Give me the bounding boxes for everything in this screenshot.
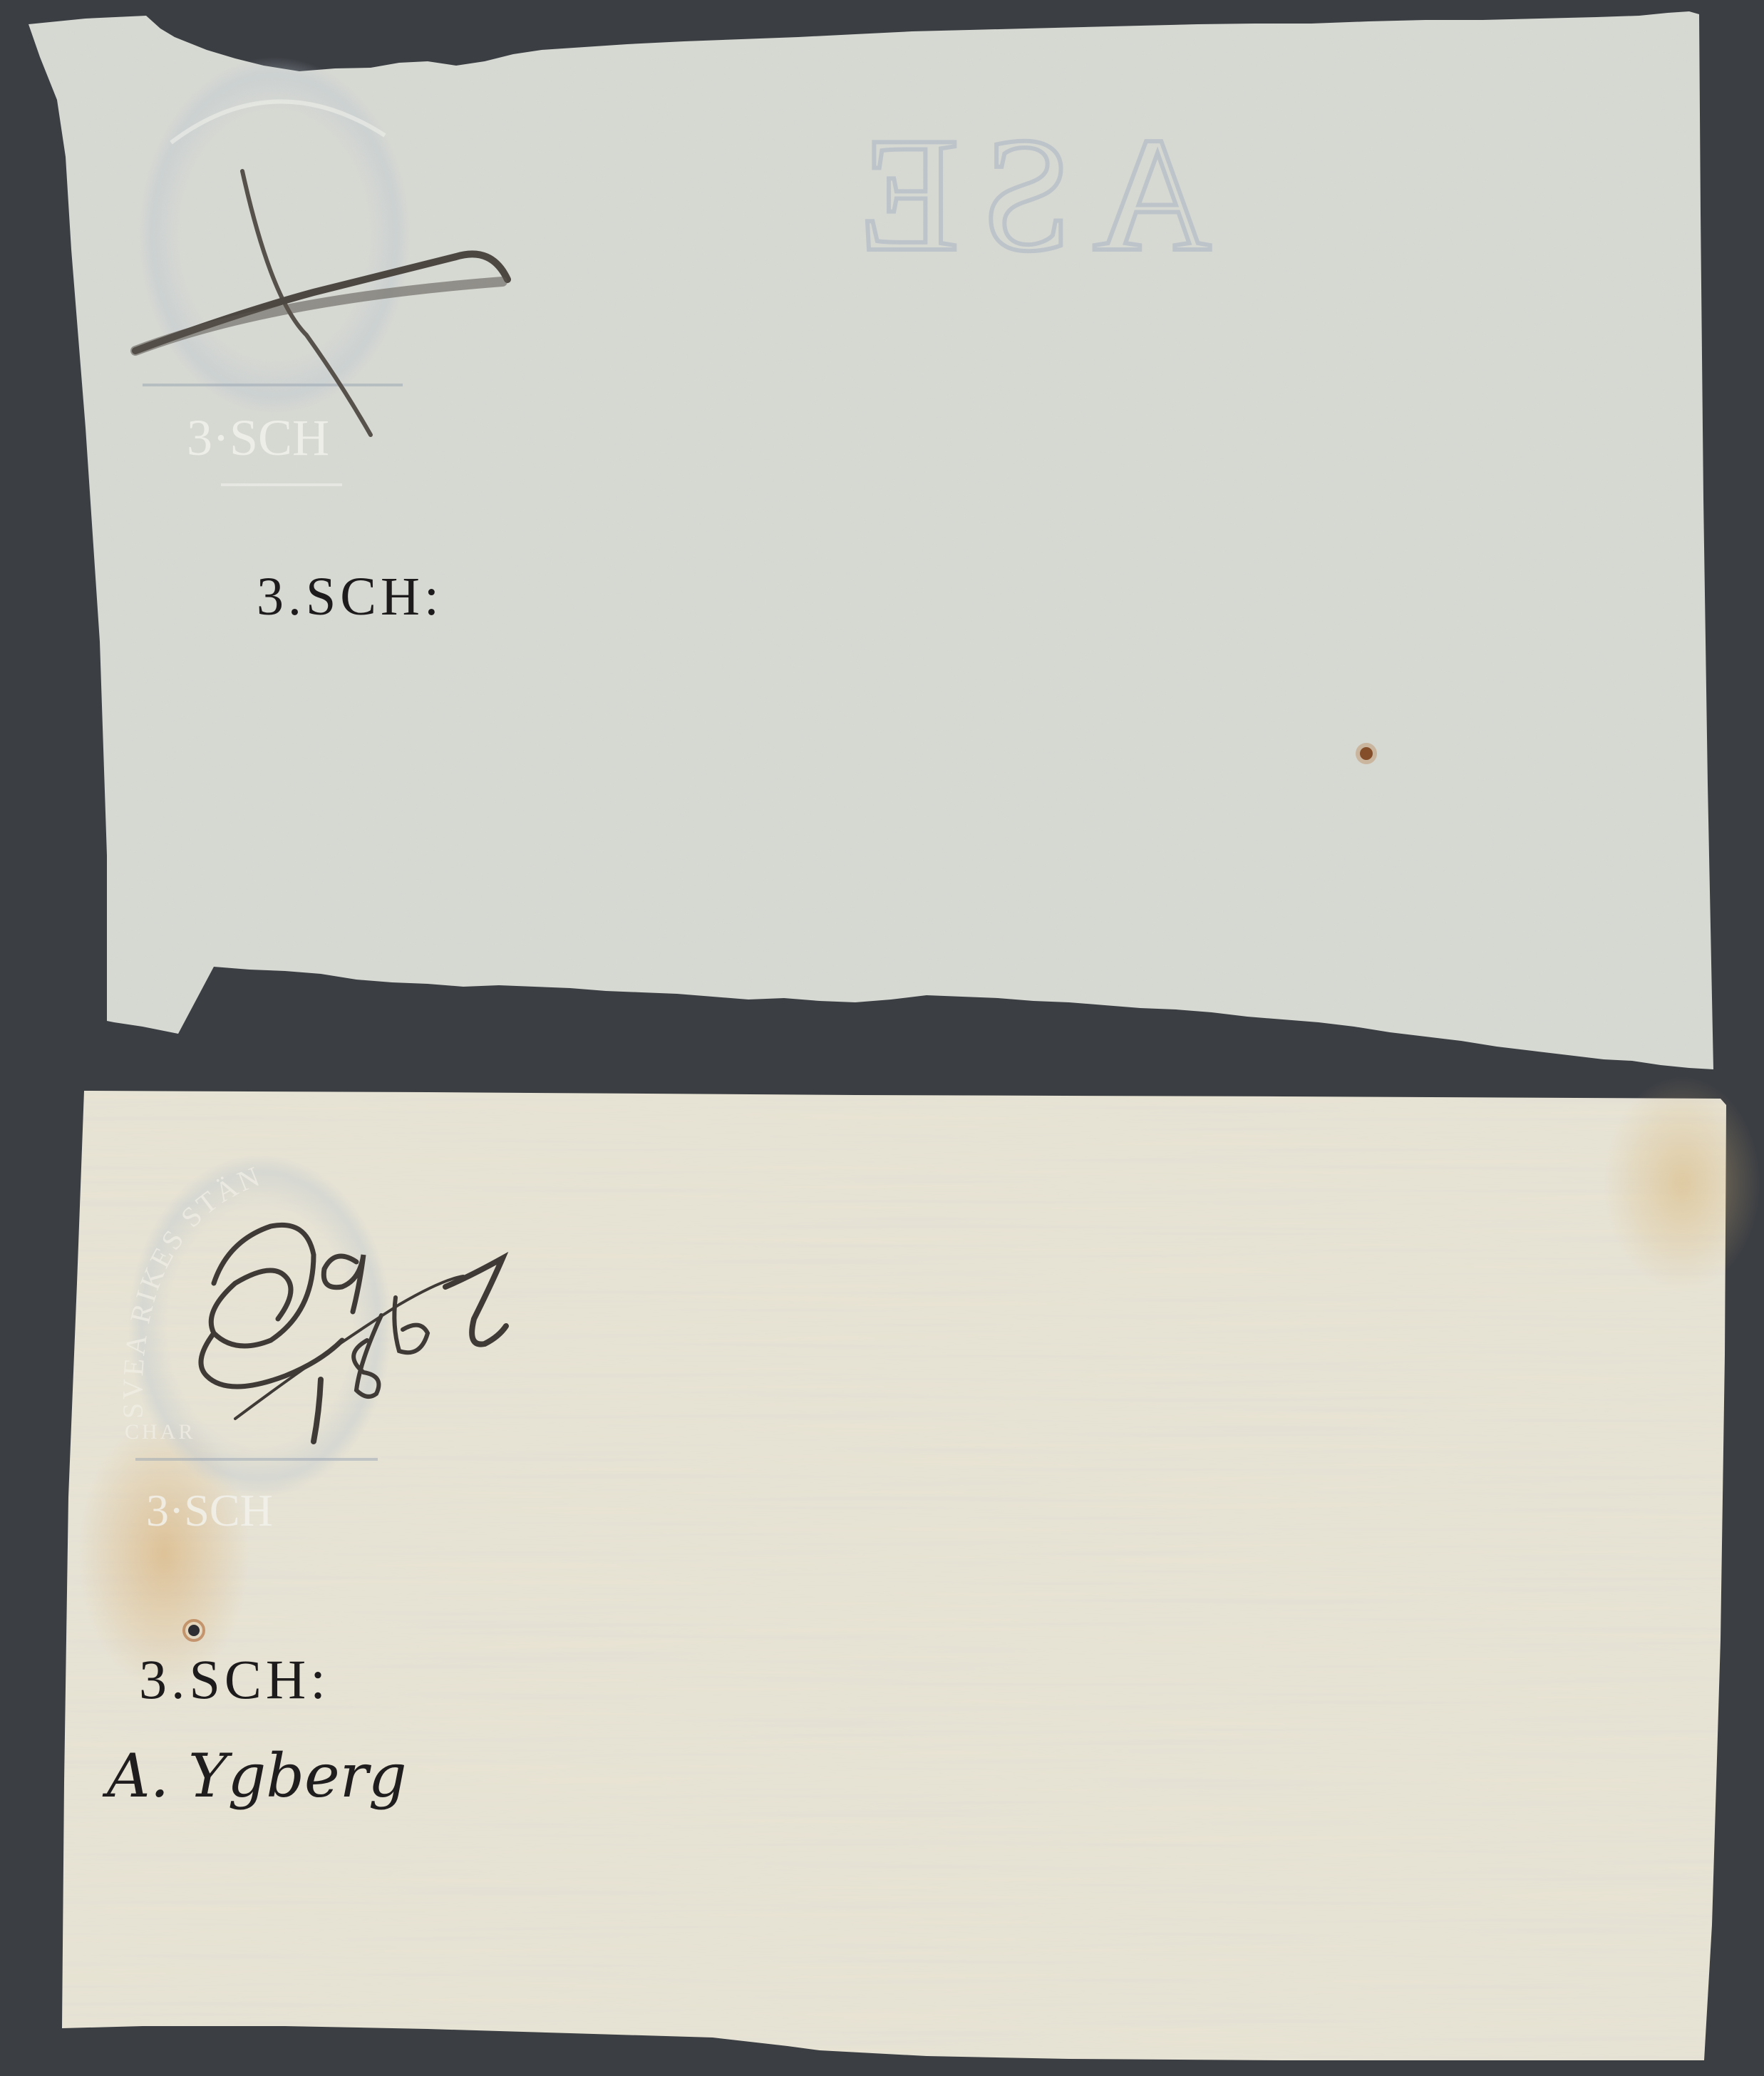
printed-signature: A. Ygberg <box>102 1741 407 1811</box>
lower-embossed-seal <box>128 1155 392 1497</box>
lower-embossed-value: 3·SCH <box>146 1485 273 1536</box>
upper-watermark: ASE <box>837 103 1212 285</box>
document-scene: 3·SCH ASE 3.SCH: SVEA RIKES STÄN CHAR 3· <box>0 0 1764 2076</box>
lower-document: SVEA RIKES STÄN CHAR 3·SCH 3.SCH: A. Ygb… <box>62 1076 1760 2060</box>
upper-embossed-seal <box>139 57 410 413</box>
lower-printed-stamp: 3.SCH: <box>139 1648 330 1710</box>
upper-document: 3·SCH ASE 3.SCH: <box>29 11 1713 1069</box>
lower-rust-hole <box>188 1625 200 1636</box>
upper-embossed-value: 3·SCH <box>187 409 329 466</box>
upper-printed-stamp: 3.SCH: <box>257 567 443 627</box>
lower-seal-lower-text: CHAR <box>125 1420 195 1444</box>
lower-stain-right <box>1604 1076 1760 1290</box>
svg-text:ASE: ASE <box>837 103 1212 285</box>
